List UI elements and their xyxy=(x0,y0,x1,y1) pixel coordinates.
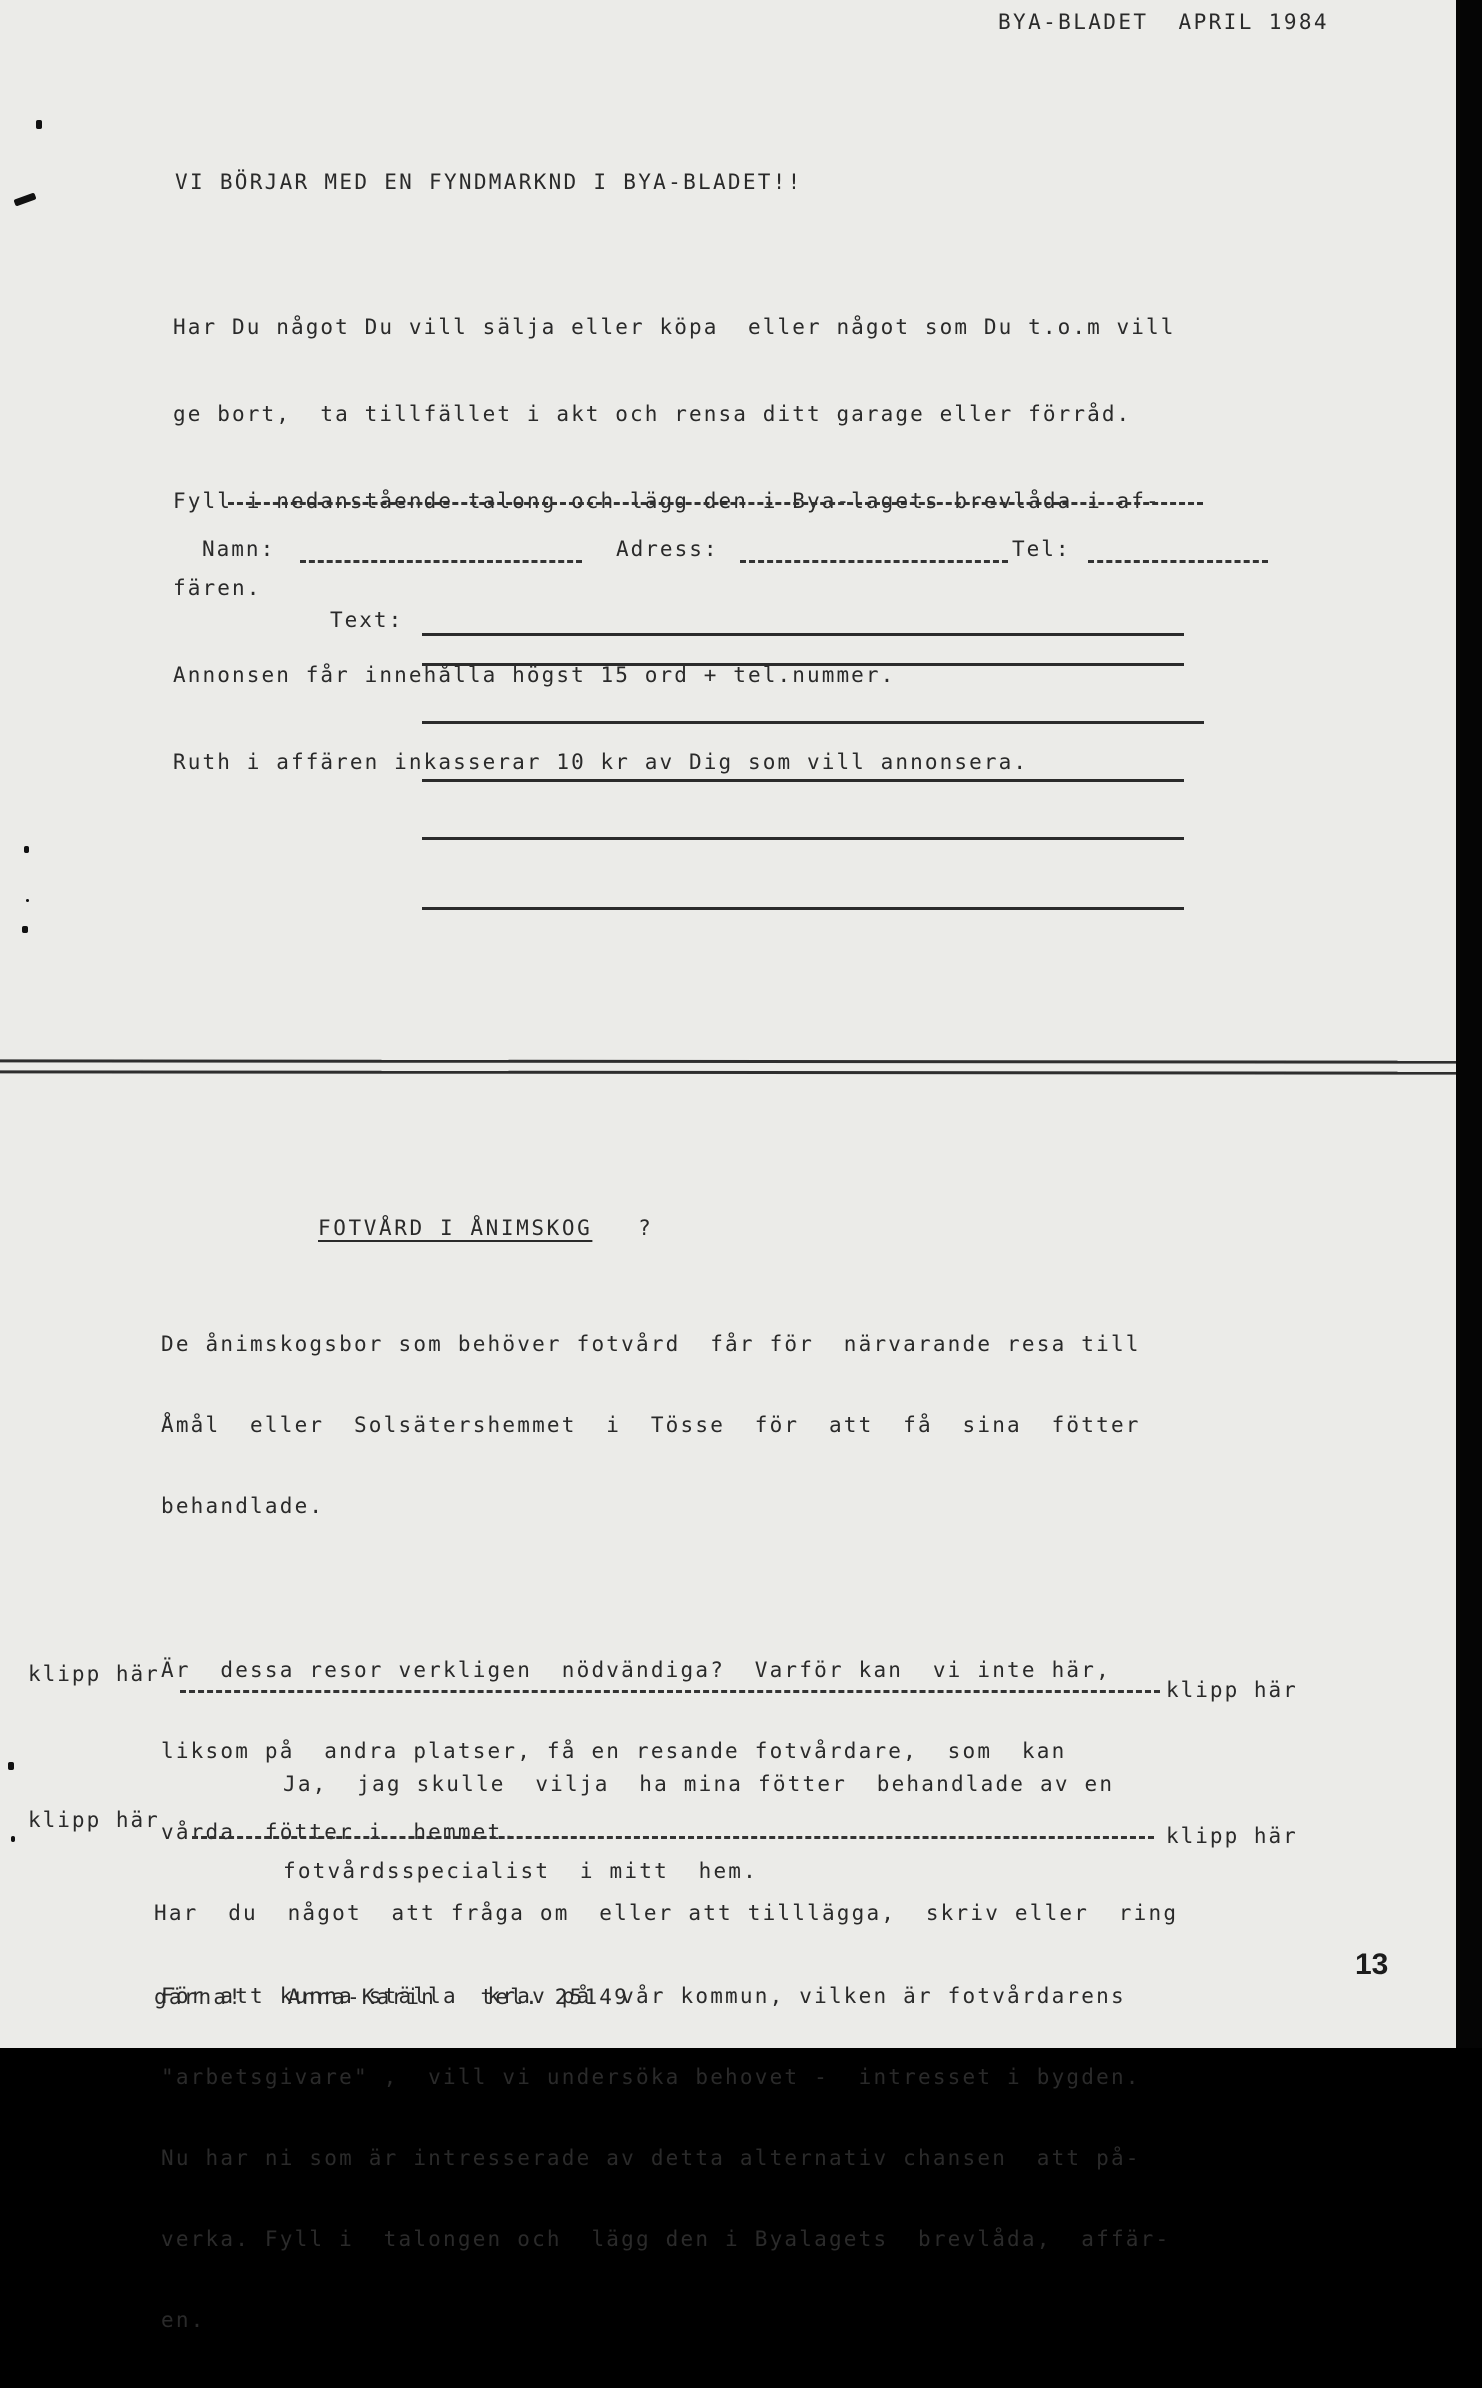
ad-text-line[interactable] xyxy=(422,721,1204,724)
address-label: Adress: xyxy=(616,535,719,564)
scan-speck xyxy=(8,1762,14,1770)
text-label: Text: xyxy=(330,606,403,635)
body-line: Är dessa resor verkligen nödvändiga? Var… xyxy=(161,1657,1170,1684)
issue-date: APRIL 1984 xyxy=(1179,10,1329,34)
scan-speck xyxy=(26,899,29,902)
address-field[interactable] xyxy=(740,560,1008,563)
body-line: Åmål eller Solsätershemmet i Tösse för a… xyxy=(161,1412,1170,1439)
coupon-top-dashed-line xyxy=(228,502,1203,505)
body-line: behandlade. xyxy=(161,1493,1170,1520)
page-number: 13 xyxy=(1355,1948,1388,1982)
ad-text-line[interactable] xyxy=(422,837,1184,840)
tel-field[interactable] xyxy=(1088,560,1268,563)
publication-name: BYA-BLADET xyxy=(998,10,1148,34)
page-header: BYA-BLADET APRIL 1984 xyxy=(998,8,1329,37)
section-divider-top xyxy=(0,1059,1456,1063)
ad-text-line[interactable] xyxy=(422,779,1184,782)
name-field[interactable] xyxy=(300,560,582,563)
section-divider-bottom xyxy=(0,1070,1456,1074)
tel-label: Tel: xyxy=(1012,535,1071,564)
scan-speck xyxy=(36,120,42,129)
footcare-title-mark: ? xyxy=(638,1216,653,1240)
ad-text-line[interactable] xyxy=(422,663,1184,666)
ad-text-line[interactable] xyxy=(422,907,1184,910)
scan-speck xyxy=(13,192,36,206)
cut-here-label-right: klipp här xyxy=(1166,1824,1298,1848)
footcare-title: FOTVÅRD I ÅNIMSKOG ? xyxy=(318,1214,653,1243)
cut-line xyxy=(180,1690,1160,1693)
flea-market-title: VI BÖRJAR MED EN FYNDMARKND I BYA-BLADET… xyxy=(175,168,803,197)
body-line: Har Du något Du vill sälja eller köpa el… xyxy=(173,313,1176,342)
scan-speck xyxy=(22,926,28,933)
scan-border xyxy=(1456,0,1482,2048)
cut-line xyxy=(192,1836,1154,1839)
contact-line: Har du något att fråga om eller att till… xyxy=(154,1899,1178,1927)
ad-text-line[interactable] xyxy=(422,633,1184,636)
scan-speck xyxy=(24,846,29,853)
coupon-line: Ja, jag skulle vilja ha mina fötter beha… xyxy=(283,1770,1114,1799)
document-page: BYA-BLADET APRIL 1984 VI BÖRJAR MED EN F… xyxy=(0,0,1456,2048)
body-line: ge bort, ta tillfället i akt och rensa d… xyxy=(173,400,1176,429)
contact-text: Har du något att fråga om eller att till… xyxy=(154,1843,1178,2048)
cut-here-label-left: klipp här xyxy=(28,1808,160,1832)
body-line xyxy=(161,1574,1170,1603)
contact-line: gärna! Anna-Karin tel. 25149 xyxy=(154,1983,1178,2011)
body-line: De ånimskogsbor som behöver fotvård får … xyxy=(161,1331,1170,1358)
scan-speck xyxy=(11,1836,15,1842)
cut-here-label-left: klipp här xyxy=(28,1662,160,1686)
name-label: Namn: xyxy=(202,535,275,564)
body-line: Ruth i affären inkasserar 10 kr av Dig s… xyxy=(173,748,1176,777)
body-line: fären. xyxy=(173,574,1176,603)
cut-here-label-right: klipp här xyxy=(1166,1678,1298,1702)
footcare-title-text: FOTVÅRD I ÅNIMSKOG xyxy=(318,1216,592,1240)
